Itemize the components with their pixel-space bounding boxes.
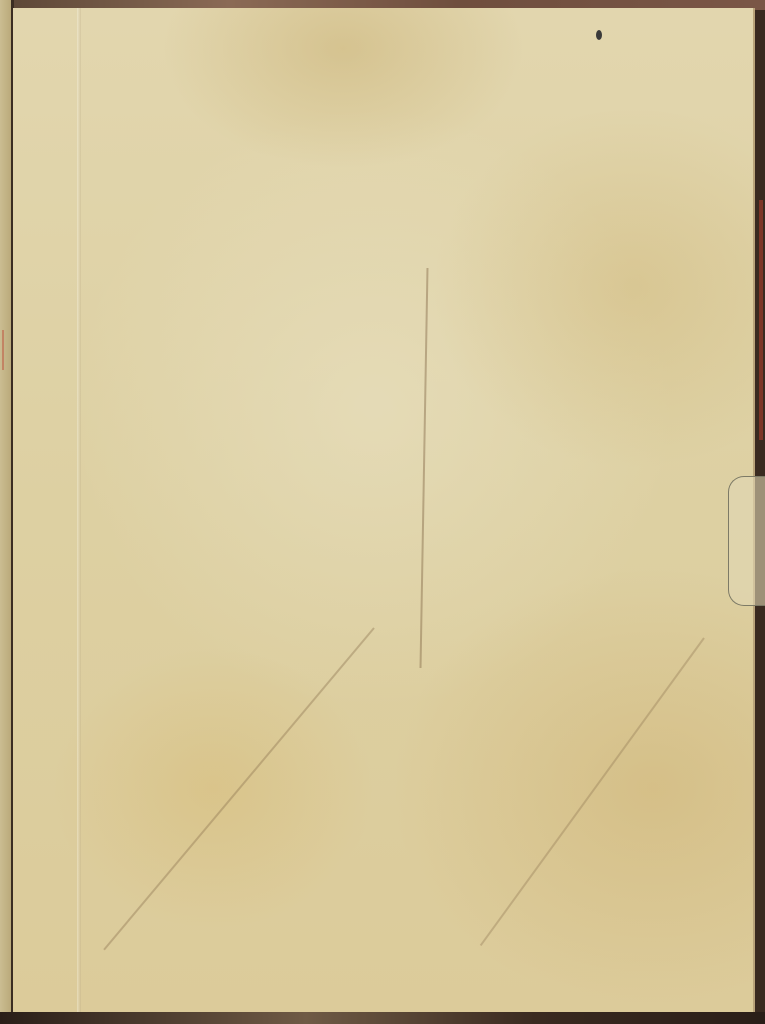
ink-spot	[596, 30, 602, 40]
parchment-page	[13, 8, 755, 1014]
center-crease	[420, 268, 429, 668]
diagonal-crease-1	[103, 627, 375, 950]
vertical-fold-line	[77, 8, 81, 1014]
book-bottom-edge	[0, 1012, 765, 1024]
diagonal-crease-2	[480, 637, 705, 946]
page-tab	[728, 476, 765, 606]
red-page-edge	[759, 200, 763, 440]
